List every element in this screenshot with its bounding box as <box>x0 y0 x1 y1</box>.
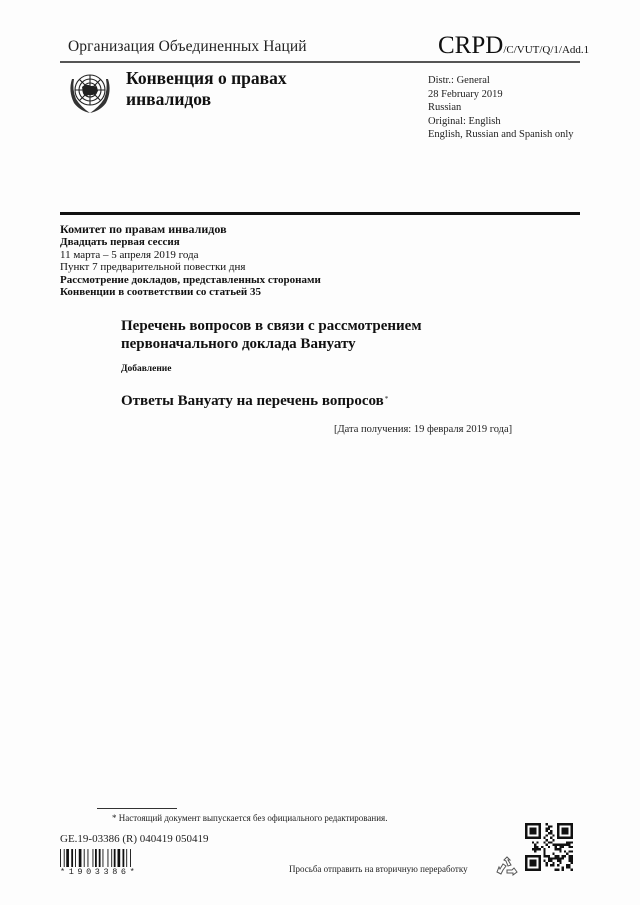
available-languages: English, Russian and Spanish only <box>428 128 574 142</box>
session-name: Двадцать первая сессия <box>60 236 321 249</box>
date-received: [Дата получения: 19 февраля 2019 года] <box>334 424 512 435</box>
barcode-icon <box>60 849 150 867</box>
document-symbol-suffix: /C/VUT/Q/1/Add.1 <box>503 44 589 56</box>
agenda-title-line-1: Рассмотрение докладов, представленных ст… <box>60 274 321 287</box>
section-rule <box>60 212 580 215</box>
addendum-label: Добавление <box>121 364 172 374</box>
agenda-title-line-2: Конвенции в соответствии со статьей 35 <box>60 286 321 299</box>
barcode-text: *1903386* <box>60 867 150 877</box>
document-title-line-1: Перечень вопросов в связи с рассмотрение… <box>121 317 422 335</box>
document-language: Russian <box>428 101 574 115</box>
document-symbol-main: CRPD <box>438 32 503 59</box>
body-title-line-1: Конвенция о правах <box>126 68 287 89</box>
body-title: Конвенция о правах инвалидов <box>126 68 287 110</box>
document-date: 28 February 2019 <box>428 88 574 102</box>
un-emblem-icon <box>64 67 116 117</box>
header-rule <box>60 61 580 63</box>
footnote-marker[interactable]: * <box>385 395 389 403</box>
document-title: Перечень вопросов в связи с рассмотрение… <box>121 317 422 353</box>
organization-name: Организация Объединенных Наций <box>68 38 307 56</box>
answers-title-text: Ответы Вануату на перечень вопросов <box>121 393 384 409</box>
job-number: GE.19-03386 (R) 040419 050419 <box>60 833 209 845</box>
agenda-item: Пункт 7 предварительной повестки дня <box>60 261 321 274</box>
recycle-notice: Просьба отправить на вторичную переработ… <box>289 864 468 874</box>
distribution-line: Distr.: General <box>428 74 574 88</box>
committee-block: Комитет по правам инвалидов Двадцать пер… <box>60 222 321 299</box>
recycle-icon <box>496 856 518 878</box>
body-title-line-2: инвалидов <box>126 89 287 110</box>
footnote-rule <box>97 808 177 809</box>
committee-name: Комитет по правам инвалидов <box>60 222 321 236</box>
session-dates: 11 марта – 5 апреля 2019 года <box>60 249 321 262</box>
original-language: Original: English <box>428 115 574 129</box>
document-title-line-2: первоначального доклада Вануату <box>121 335 422 353</box>
distribution-block: Distr.: General 28 February 2019 Russian… <box>428 74 574 142</box>
footnote: * Настоящий документ выпускается без офи… <box>112 813 387 823</box>
document-symbol: CRPD/C/VUT/Q/1/Add.1 <box>438 33 589 58</box>
answers-title: Ответы Вануату на перечень вопросов* <box>121 393 388 410</box>
qr-code-icon[interactable] <box>525 823 573 871</box>
